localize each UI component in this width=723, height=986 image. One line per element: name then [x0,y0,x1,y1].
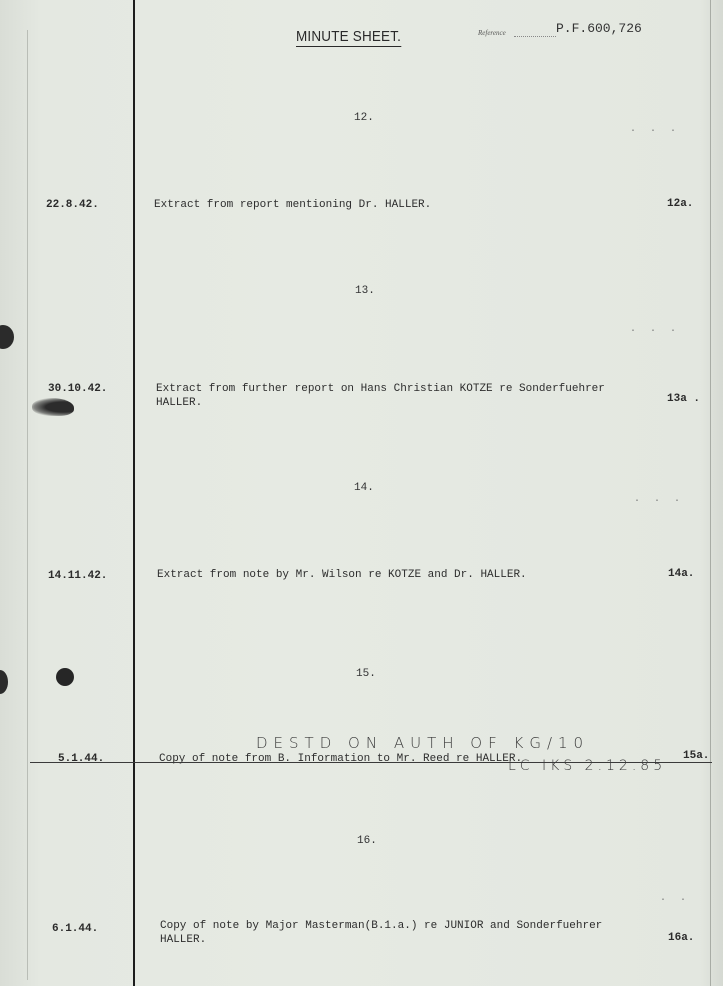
entry-number: 16. [357,835,377,847]
entry-text: Extract from report mentioning Dr. HALLE… [154,198,431,212]
reference-label: Reference [478,29,506,37]
margin-rule [133,0,135,986]
entry-number: 13. [355,285,375,297]
page-title: MINUTE SHEET. [296,28,401,47]
entry-folio: 15a. [683,750,709,762]
reference-dotted-line [514,36,556,37]
entry-date: 14.11.42. [48,570,107,582]
entry-folio: 13a . [667,393,700,405]
entry-number: 15. [356,668,376,680]
page-left-edge [27,30,28,980]
entry-text: Copy of note from B. Information to Mr. … [159,752,522,766]
reference-value: P.F.600,726 [556,21,642,36]
entry-folio: 12a. [667,198,693,210]
entry-text: Extract from further report on Hans Chri… [156,382,605,410]
handwritten-annotation: DESTD ON AUTH OF KG/10 [256,734,589,752]
entry-folio: 16a. [668,932,694,944]
faint-dots: . . . [634,494,684,505]
entry-text: Extract from note by Mr. Wilson re KOTZE… [157,568,527,582]
entry-date: 6.1.44. [52,923,98,935]
entry-date: 22.8.42. [46,199,99,211]
handwritten-annotation-date: LC IKS 2.12.85 [508,758,666,774]
entry-number: 12. [354,112,374,124]
page-right-edge [710,0,711,986]
punch-hole [0,325,14,349]
minute-sheet-page: MINUTE SHEET. Reference P.F.600,726 12. … [0,0,723,986]
entry-folio: 14a. [668,568,694,580]
entry-date: 30.10.42. [48,383,107,395]
faint-dots: . . . [630,324,680,335]
faint-dots: . . . [630,124,680,135]
entry-number: 14. [354,482,374,494]
punch-hole [56,668,74,686]
faint-dots: . . [660,893,690,904]
entry-text: Copy of note by Major Masterman(B.1.a.) … [160,919,602,947]
ink-smudge [32,398,74,416]
punch-hole [0,670,8,694]
